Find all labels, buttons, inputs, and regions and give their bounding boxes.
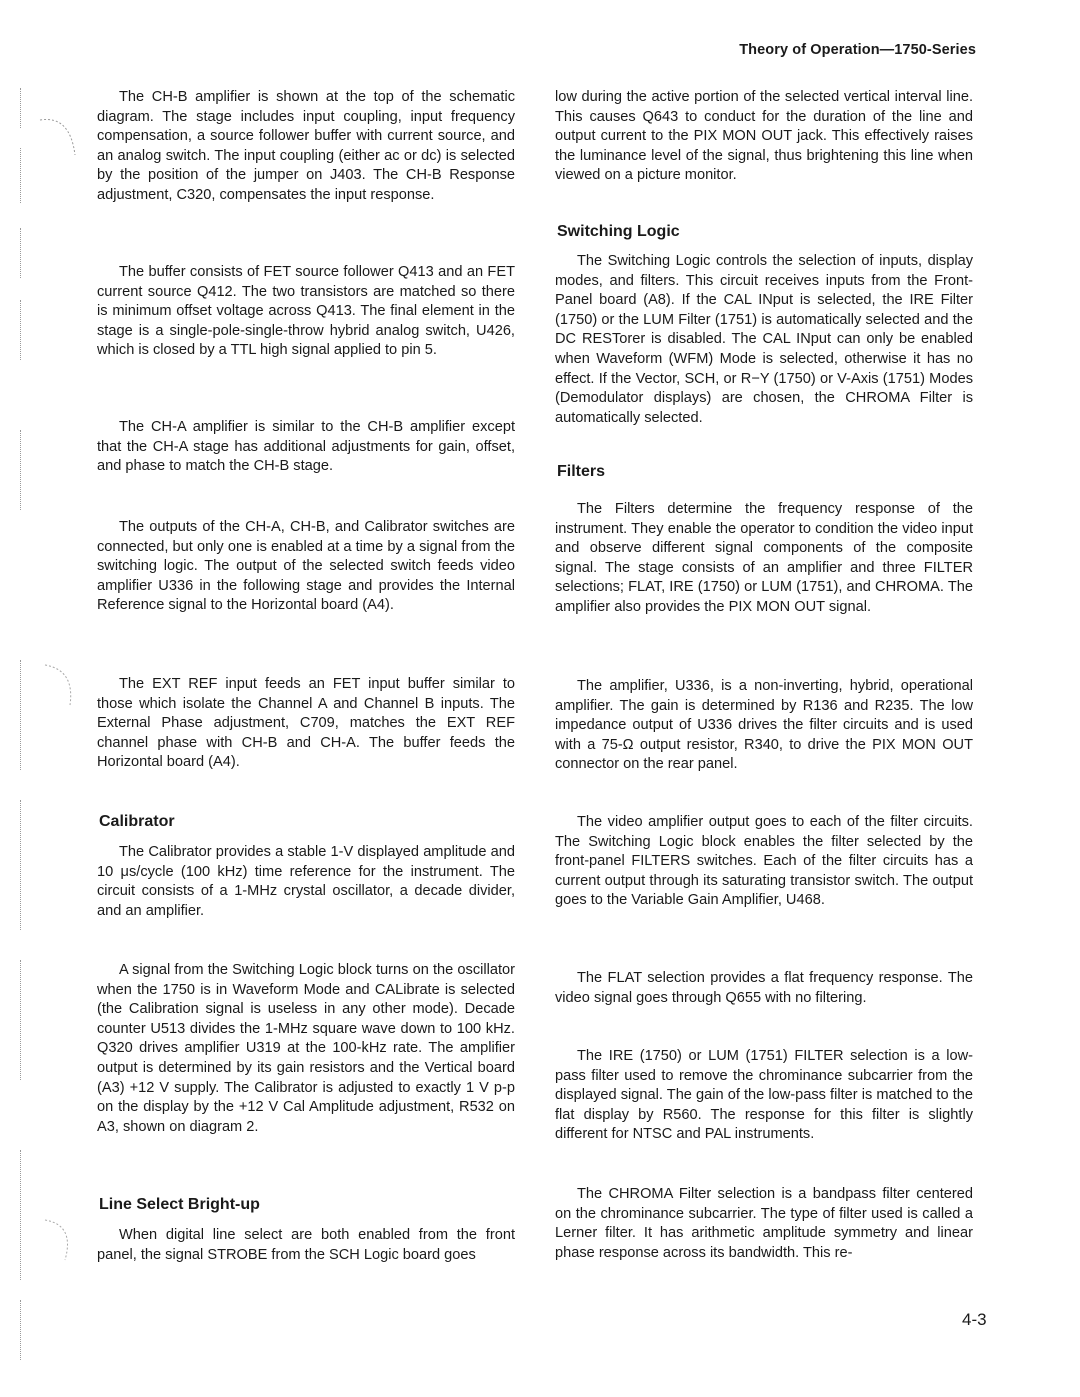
paragraph-filters-intro: The Filters determine the frequency resp… (555, 500, 973, 618)
binding-hole-arc (35, 115, 85, 165)
paragraph-calibrator-detail: A signal from the Switching Logic block … (97, 961, 515, 1137)
paragraph-ext-ref: The EXT REF input feeds an FET input buf… (97, 675, 515, 773)
paragraph-switch-outputs: The outputs of the CH-A, CH-B, and Calib… (97, 518, 515, 616)
section-heading-filters: Filters (557, 463, 605, 481)
paragraph-buffer: The buffer consists of FET source follow… (97, 263, 515, 361)
running-head: Theory of Operation—1750-Series (739, 42, 976, 58)
paragraph-filters-chroma: The CHROMA Filter selection is a bandpas… (555, 1185, 973, 1263)
margin-mark (20, 1150, 21, 1280)
margin-mark (20, 960, 21, 1080)
paragraph-ch-b-amplifier: The CH-B amplifier is shown at the top o… (97, 88, 515, 206)
paragraph-ch-a-amplifier: The CH-A amplifier is similar to the CH-… (97, 418, 515, 477)
section-heading-line-select: Line Select Bright-up (99, 1196, 260, 1214)
margin-mark (20, 430, 21, 510)
page-number: 4-3 (962, 1310, 987, 1330)
paragraph-filters-flat: The FLAT selection provides a flat frequ… (555, 969, 973, 1008)
paragraph-filters-amplifier: The amplifier, U336, is a non-inverting,… (555, 677, 973, 775)
paragraph-continuation: low during the active portion of the sel… (555, 88, 973, 186)
margin-mark (20, 228, 21, 278)
margin-mark (20, 660, 21, 770)
section-heading-switching-logic: Switching Logic (557, 223, 680, 241)
binding-hole-arc (35, 1215, 85, 1265)
margin-mark (20, 300, 21, 360)
section-heading-calibrator: Calibrator (99, 813, 175, 831)
paragraph-switching-logic: The Switching Logic controls the selecti… (555, 252, 973, 428)
paragraph-filters-video-output: The video amplifier output goes to each … (555, 813, 973, 911)
margin-mark (20, 800, 21, 930)
paragraph-filters-ire-lum: The IRE (1750) or LUM (1751) FILTER sele… (555, 1047, 973, 1145)
paragraph-line-select: When digital line select are both enable… (97, 1226, 515, 1265)
margin-mark (20, 88, 21, 128)
binding-hole-arc (35, 660, 85, 710)
margin-mark (20, 148, 21, 203)
paragraph-calibrator-intro: The Calibrator provides a stable 1-V dis… (97, 843, 515, 921)
margin-mark (20, 1300, 21, 1360)
